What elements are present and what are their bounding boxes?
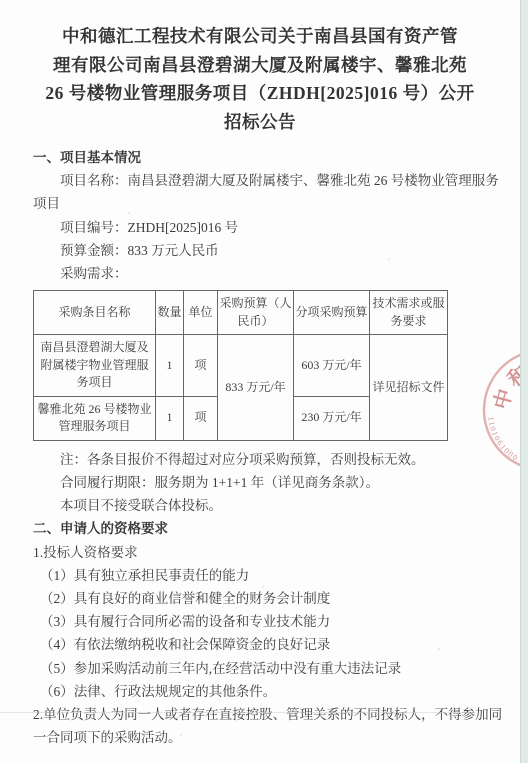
header-budget: 采购预算（人民币） — [218, 291, 294, 335]
same-controller-rule-line1: 2.单位负责人为同一人或者存在直接控股、管理关系的不同投标人，不得参加同 — [33, 703, 503, 726]
cell-item-name: 南昌县澄碧湖大厦及附属楼宇物业管理服务项目 — [34, 335, 156, 397]
table-row: 南昌县澄碧湖大厦及附属楼宇物业管理服务项目 1 项 833 万元/年 603 万… — [34, 335, 448, 397]
cell-sub-budget: 230 万元/年 — [294, 396, 370, 440]
cell-quantity: 1 — [156, 335, 184, 397]
scan-noise-speckles — [0, 0, 2, 2]
section1-heading: 一、项目基本情况 — [33, 146, 503, 169]
cell-unit: 项 — [184, 396, 218, 440]
cell-item-name: 馨雅北苑 26 号楼物业管理服务项目 — [34, 396, 156, 440]
cell-unit: 项 — [184, 335, 218, 397]
qualification-item: （5）参加采购活动前三年内,在经营活动中没有重大违法记录 — [33, 657, 503, 680]
procurement-requirements-label: 采购需求： — [33, 262, 503, 285]
table-header-row: 采购条目名称 数量 单位 采购预算（人民币） 分项采购预算 技术需求或服务要求 — [34, 291, 448, 335]
title-line: 26 号楼物业管理服务项目（ZHDH[2025]016 号）公开 — [14, 79, 506, 108]
header-sub-budget: 分项采购预算 — [294, 291, 370, 335]
page-title: 中和德汇工程技术有限公司关于南昌县国有资产管 理有限公司南昌县澄碧湖大厦及附属楼… — [14, 22, 506, 136]
title-line: 招标公告 — [14, 108, 506, 137]
project-name-line2: 项目 — [33, 192, 503, 215]
cell-sub-budget: 603 万元/年 — [294, 335, 370, 397]
scan-artifact-line — [0, 712, 470, 713]
procurement-table: 采购条目名称 数量 单位 采购预算（人民币） 分项采购预算 技术需求或服务要求 … — [33, 290, 448, 441]
cell-merged-budget: 833 万元/年 — [218, 335, 294, 441]
project-name-line1: 项目名称：南昌县澄碧湖大厦及附属楼宇、馨雅北苑 26 号楼物业管理服务 — [33, 169, 503, 192]
header-tech-requirement: 技术需求或服务要求 — [370, 291, 448, 335]
no-consortium-note: 本项目不接受联合体投标。 — [33, 494, 503, 517]
project-number: 项目编号：ZHDH[2025]016 号 — [33, 216, 503, 239]
qualification-item: （6）法律、行政法规规定的其他条件。 — [33, 680, 503, 703]
contract-term: 合同履行期限：服务期为 1+1+1 年（详见商务条款）。 — [33, 471, 503, 494]
scanned-document-page: 中和德汇工程技术有限公司关于南昌县国有资产管 理有限公司南昌县澄碧湖大厦及附属楼… — [0, 0, 520, 763]
qualification-item: （4）有依法缴纳税收和社会保障资金的良好记录 — [33, 633, 503, 656]
header-quantity: 数量 — [156, 291, 184, 335]
section2-heading: 二、申请人的资格要求 — [33, 517, 503, 540]
scanner-edge-strip — [520, 0, 528, 763]
header-unit: 单位 — [184, 291, 218, 335]
cell-quantity: 1 — [156, 396, 184, 440]
qualification-item: （2）具有良好的商业信誉和健全的财务会计制度 — [33, 587, 503, 610]
same-controller-rule-line2: 一合同项下的采购活动。 — [33, 726, 503, 749]
qualification-item: （3）具有履行合同所必需的设备和专业技术能力 — [33, 610, 503, 633]
header-item-name: 采购条目名称 — [34, 291, 156, 335]
cell-merged-requirement: 详见招标文件 — [370, 335, 448, 441]
table-note: 注：各条目报价不得超过对应分项采购预算，否则投标无效。 — [33, 448, 503, 471]
budget-amount: 预算金额：833 万元人民币 — [33, 239, 503, 262]
title-line: 理有限公司南昌县澄碧湖大厦及附属楼宇、馨雅北苑 — [14, 51, 506, 80]
bidder-qualification-heading: 1.投标人资格要求 — [33, 541, 503, 564]
document-body: 一、项目基本情况 项目名称：南昌县澄碧湖大厦及附属楼宇、馨雅北苑 26 号楼物业… — [33, 146, 503, 749]
title-line: 中和德汇工程技术有限公司关于南昌县国有资产管 — [14, 22, 506, 51]
qualification-item: （1）具有独立承担民事责任的能力 — [33, 564, 503, 587]
